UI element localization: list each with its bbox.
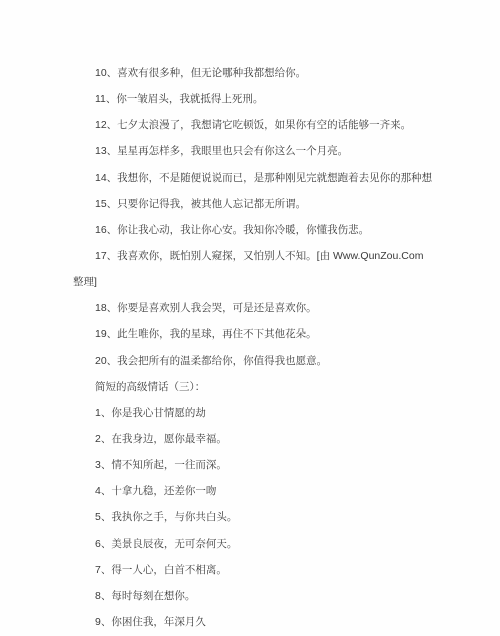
paragraph-line: 10、喜欢有很多种，但无论哪种我都想给你。	[73, 60, 430, 86]
paragraph-line: 11、你一皱眉头，我就抵得上死刑。	[73, 86, 430, 112]
quote-item-3: 3、情不知所起，一往而深。	[73, 452, 430, 478]
quote-item-2: 2、在我身边，愿你最幸福。	[73, 426, 430, 452]
paragraph-line: 2、在我身边，愿你最幸福。	[73, 426, 430, 452]
paragraph-line: 1、你是我心甘情愿的劫	[73, 400, 430, 426]
paragraph-line: 5、我执你之手，与你共白头。	[73, 504, 430, 530]
paragraph-line: 8、每时每刻在想你。	[73, 583, 430, 609]
paragraph-line: 14、我想你，不是随便说说而已，是那种刚见完就想跑着去见你的那种想	[73, 165, 430, 191]
paragraph-continuation-line: 整理]	[73, 269, 430, 295]
quote-item-14: 14、我想你，不是随便说说而已，是那种刚见完就想跑着去见你的那种想	[73, 165, 430, 191]
quote-item-18: 18、你要是喜欢别人我会哭，可是还是喜欢你。	[73, 295, 430, 321]
paragraph-line: 13、星星再怎样多，我眼里也只会有你这么一个月亮。	[73, 138, 430, 164]
quote-item-5: 5、我执你之手，与你共白头。	[73, 504, 430, 530]
section-heading: 简短的高级情话（三）：	[73, 374, 430, 400]
paragraph-line: 18、你要是喜欢别人我会哭，可是还是喜欢你。	[73, 295, 430, 321]
quote-item-8: 8、每时每刻在想你。	[73, 583, 430, 609]
paragraph-line: 16、你让我心动，我让你心安。我知你冷暖，你懂我伤悲。	[73, 217, 430, 243]
quote-item-4: 4、十拿九稳，还差你一吻	[73, 478, 430, 504]
quote-item-13: 13、星星再怎样多，我眼里也只会有你这么一个月亮。	[73, 138, 430, 164]
paragraph-line: 简短的高级情话（三）：	[73, 374, 430, 400]
paragraph-line: 20、我会把所有的温柔都给你，你值得我也愿意。	[73, 348, 430, 374]
paragraph-line: 9、你困住我，年深月久	[73, 609, 430, 635]
quote-item-17: 17、我喜欢你，既怕别人窥探，又怕别人不知。[由 Www.QunZou.Com整…	[73, 243, 430, 295]
quote-item-11: 11、你一皱眉头，我就抵得上死刑。	[73, 86, 430, 112]
paragraph-line: 15、只要你记得我，被其他人忘记都无所谓。	[73, 191, 430, 217]
quote-item-19: 19、此生唯你，我的星球，再住不下其他花朵。	[73, 321, 430, 347]
quote-item-7: 7、得一人心，白首不相离。	[73, 557, 430, 583]
quote-item-20: 20、我会把所有的温柔都给你，你值得我也愿意。	[73, 348, 430, 374]
paragraph-line: 12、七夕太浪漫了，我想请它吃顿饭，如果你有空的话能够一齐来。	[73, 112, 430, 138]
paragraph-line: 7、得一人心，白首不相离。	[73, 557, 430, 583]
paragraph-line: 4、十拿九稳，还差你一吻	[73, 478, 430, 504]
quote-item-1: 1、你是我心甘情愿的劫	[73, 400, 430, 426]
quote-item-6: 6、美景良辰夜，无可奈何天。	[73, 531, 430, 557]
document-body: 10、喜欢有很多种，但无论哪种我都想给你。11、你一皱眉头，我就抵得上死刑。12…	[0, 0, 500, 636]
quote-item-10: 10、喜欢有很多种，但无论哪种我都想给你。	[73, 60, 430, 86]
quote-item-9: 9、你困住我，年深月久	[73, 609, 430, 635]
paragraph-line: 6、美景良辰夜，无可奈何天。	[73, 531, 430, 557]
quote-item-15: 15、只要你记得我，被其他人忘记都无所谓。	[73, 191, 430, 217]
quote-item-16: 16、你让我心动，我让你心安。我知你冷暖，你懂我伤悲。	[73, 217, 430, 243]
paragraph-line: 19、此生唯你，我的星球，再住不下其他花朵。	[73, 321, 430, 347]
paragraph-line: 17、我喜欢你，既怕别人窥探，又怕别人不知。[由 Www.QunZou.Com	[73, 243, 430, 269]
paragraph-line: 3、情不知所起，一往而深。	[73, 452, 430, 478]
quote-item-12: 12、七夕太浪漫了，我想请它吃顿饭，如果你有空的话能够一齐来。	[73, 112, 430, 138]
